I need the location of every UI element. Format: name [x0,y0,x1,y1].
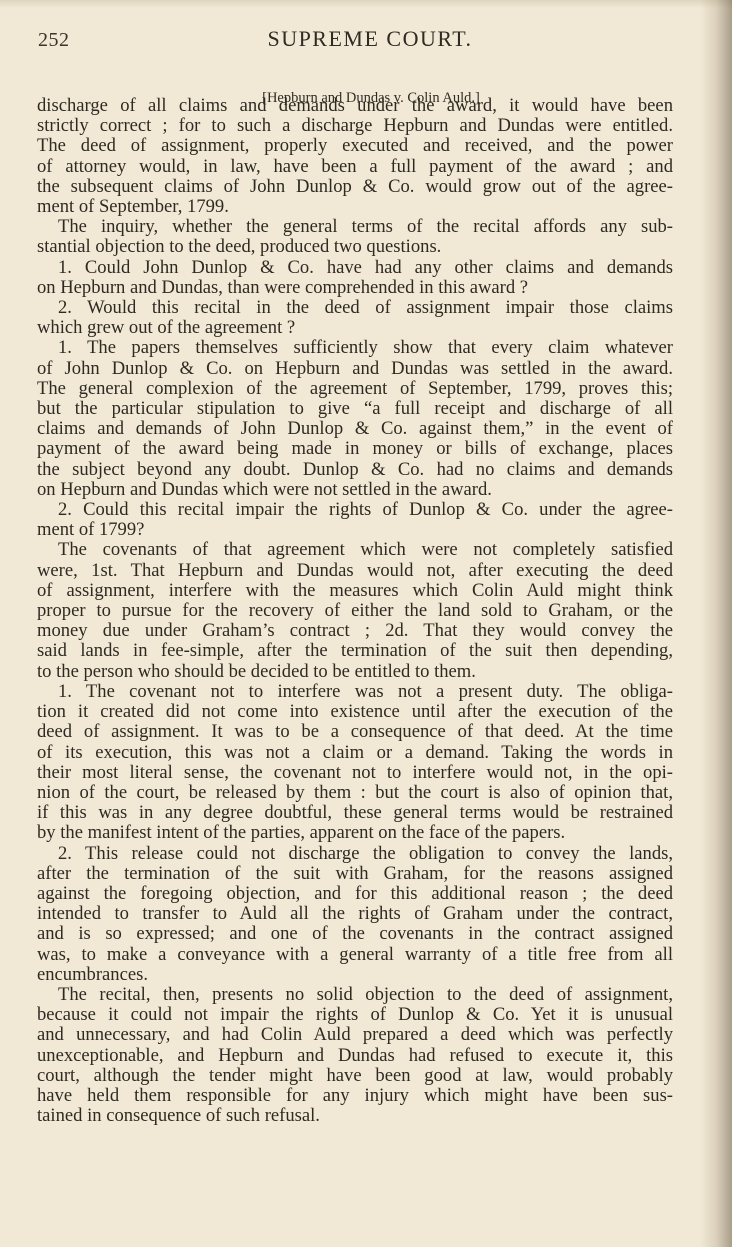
text-line: The inquiry, whether the general terms o… [37,217,673,237]
text-line: intended to transfer to Auld all the rig… [37,904,673,924]
text-line: against the foregoing objection, and for… [37,884,673,904]
text-line: money due under Graham’s contract ; 2d. … [37,621,673,641]
text-line: The covenants of that agreement which we… [37,540,673,560]
paragraph: 2. Could this recital impair the rights … [37,500,673,540]
text-line: deed of assignment. It was to be a conse… [37,722,673,742]
text-line: but the particular stipulation to give “… [37,399,673,419]
paragraph: 2. This release could not discharge the … [37,844,673,985]
text-line: The recital, then, presents no solid obj… [37,985,673,1005]
paragraph: The recital, then, presents no solid obj… [37,985,673,1126]
text-line: were, 1st. That Hepburn and Dundas would… [37,561,673,581]
text-line: and is so expressed; and one of the cove… [37,924,673,944]
text-line: the subject beyond any doubt. Dunlop & C… [37,460,673,480]
text-line: on Hepburn and Dundas which were not set… [37,480,673,500]
paragraph: 2. Would this recital in the deed of ass… [37,298,673,338]
text-line: nion of the court, be released by them :… [37,783,673,803]
text-line: the subsequent claims of John Dunlop & C… [37,177,673,197]
page-header: 252 SUPREME COURT. [Hepburn and Dundas v… [38,26,674,56]
text-line: stantial objection to the deed, produced… [37,237,673,257]
paragraph: 1. The papers themselves sufficiently sh… [37,338,673,500]
text-line: The general complexion of the agreement … [37,379,673,399]
running-title: SUPREME COURT. [38,26,674,52]
text-line: which grew out of the agreement ? [37,318,673,338]
paragraph: discharge of all claims and demands unde… [37,96,673,217]
text-line: was, to make a conveyance with a general… [37,945,673,965]
text-line: court, although the tender might have be… [37,1066,673,1086]
text-line: payment of the award being made in money… [37,439,673,459]
text-line: tained in consequence of such refusal. [37,1106,673,1126]
paragraph: The covenants of that agreement which we… [37,540,673,681]
text-line: 2. Would this recital in the deed of ass… [37,298,673,318]
text-line: 1. Could John Dunlop & Co. have had any … [37,258,673,278]
text-line: to the person who should be decided to b… [37,662,673,682]
paragraph: 1. Could John Dunlop & Co. have had any … [37,258,673,298]
text-line: on Hepburn and Dundas, than were compreh… [37,278,673,298]
text-line: of its execution, this was not a claim o… [37,743,673,763]
text-line: ment of 1799? [37,520,673,540]
text-line: 2. This release could not discharge the … [37,844,673,864]
paragraph: 1. The covenant not to interfere was not… [37,682,673,844]
text-line: 1. The papers themselves sufficiently sh… [37,338,673,358]
book-page: 252 SUPREME COURT. [Hepburn and Dundas v… [0,0,732,1247]
text-line: of attorney would, in law, have been a f… [37,157,673,177]
text-line: unexceptionable, and Hepburn and Dundas … [37,1046,673,1066]
text-line: their most literal sense, the covenant n… [37,763,673,783]
text-line: ment of September, 1799. [37,197,673,217]
text-line: after the termination of the suit with G… [37,864,673,884]
text-line: claims and demands of John Dunlop & Co. … [37,419,673,439]
body-text: discharge of all claims and demands unde… [37,96,673,1126]
text-line: discharge of all claims and demands unde… [37,96,673,116]
paragraph: The inquiry, whether the general terms o… [37,217,673,257]
text-line: by the manifest intent of the parties, a… [37,823,673,843]
text-line: of assignment, interfere with the measur… [37,581,673,601]
text-line: encumbrances. [37,965,673,985]
text-line: if this was in any degree doubtful, thes… [37,803,673,823]
text-line: of John Dunlop & Co. on Hepburn and Dund… [37,359,673,379]
text-line: strictly correct ; for to such a dischar… [37,116,673,136]
text-line: 2. Could this recital impair the rights … [37,500,673,520]
text-line: The deed of assignment, properly execute… [37,136,673,156]
text-line: tion it created did not come into existe… [37,702,673,722]
text-line: said lands in fee-simple, after the term… [37,641,673,661]
text-line: because it could not impair the rights o… [37,1005,673,1025]
text-line: proper to pursue for the recovery of eit… [37,601,673,621]
text-line: have held them responsible for any injur… [37,1086,673,1106]
text-line: 1. The covenant not to interfere was not… [37,682,673,702]
text-line: and unnecessary, and had Colin Auld prep… [37,1025,673,1045]
